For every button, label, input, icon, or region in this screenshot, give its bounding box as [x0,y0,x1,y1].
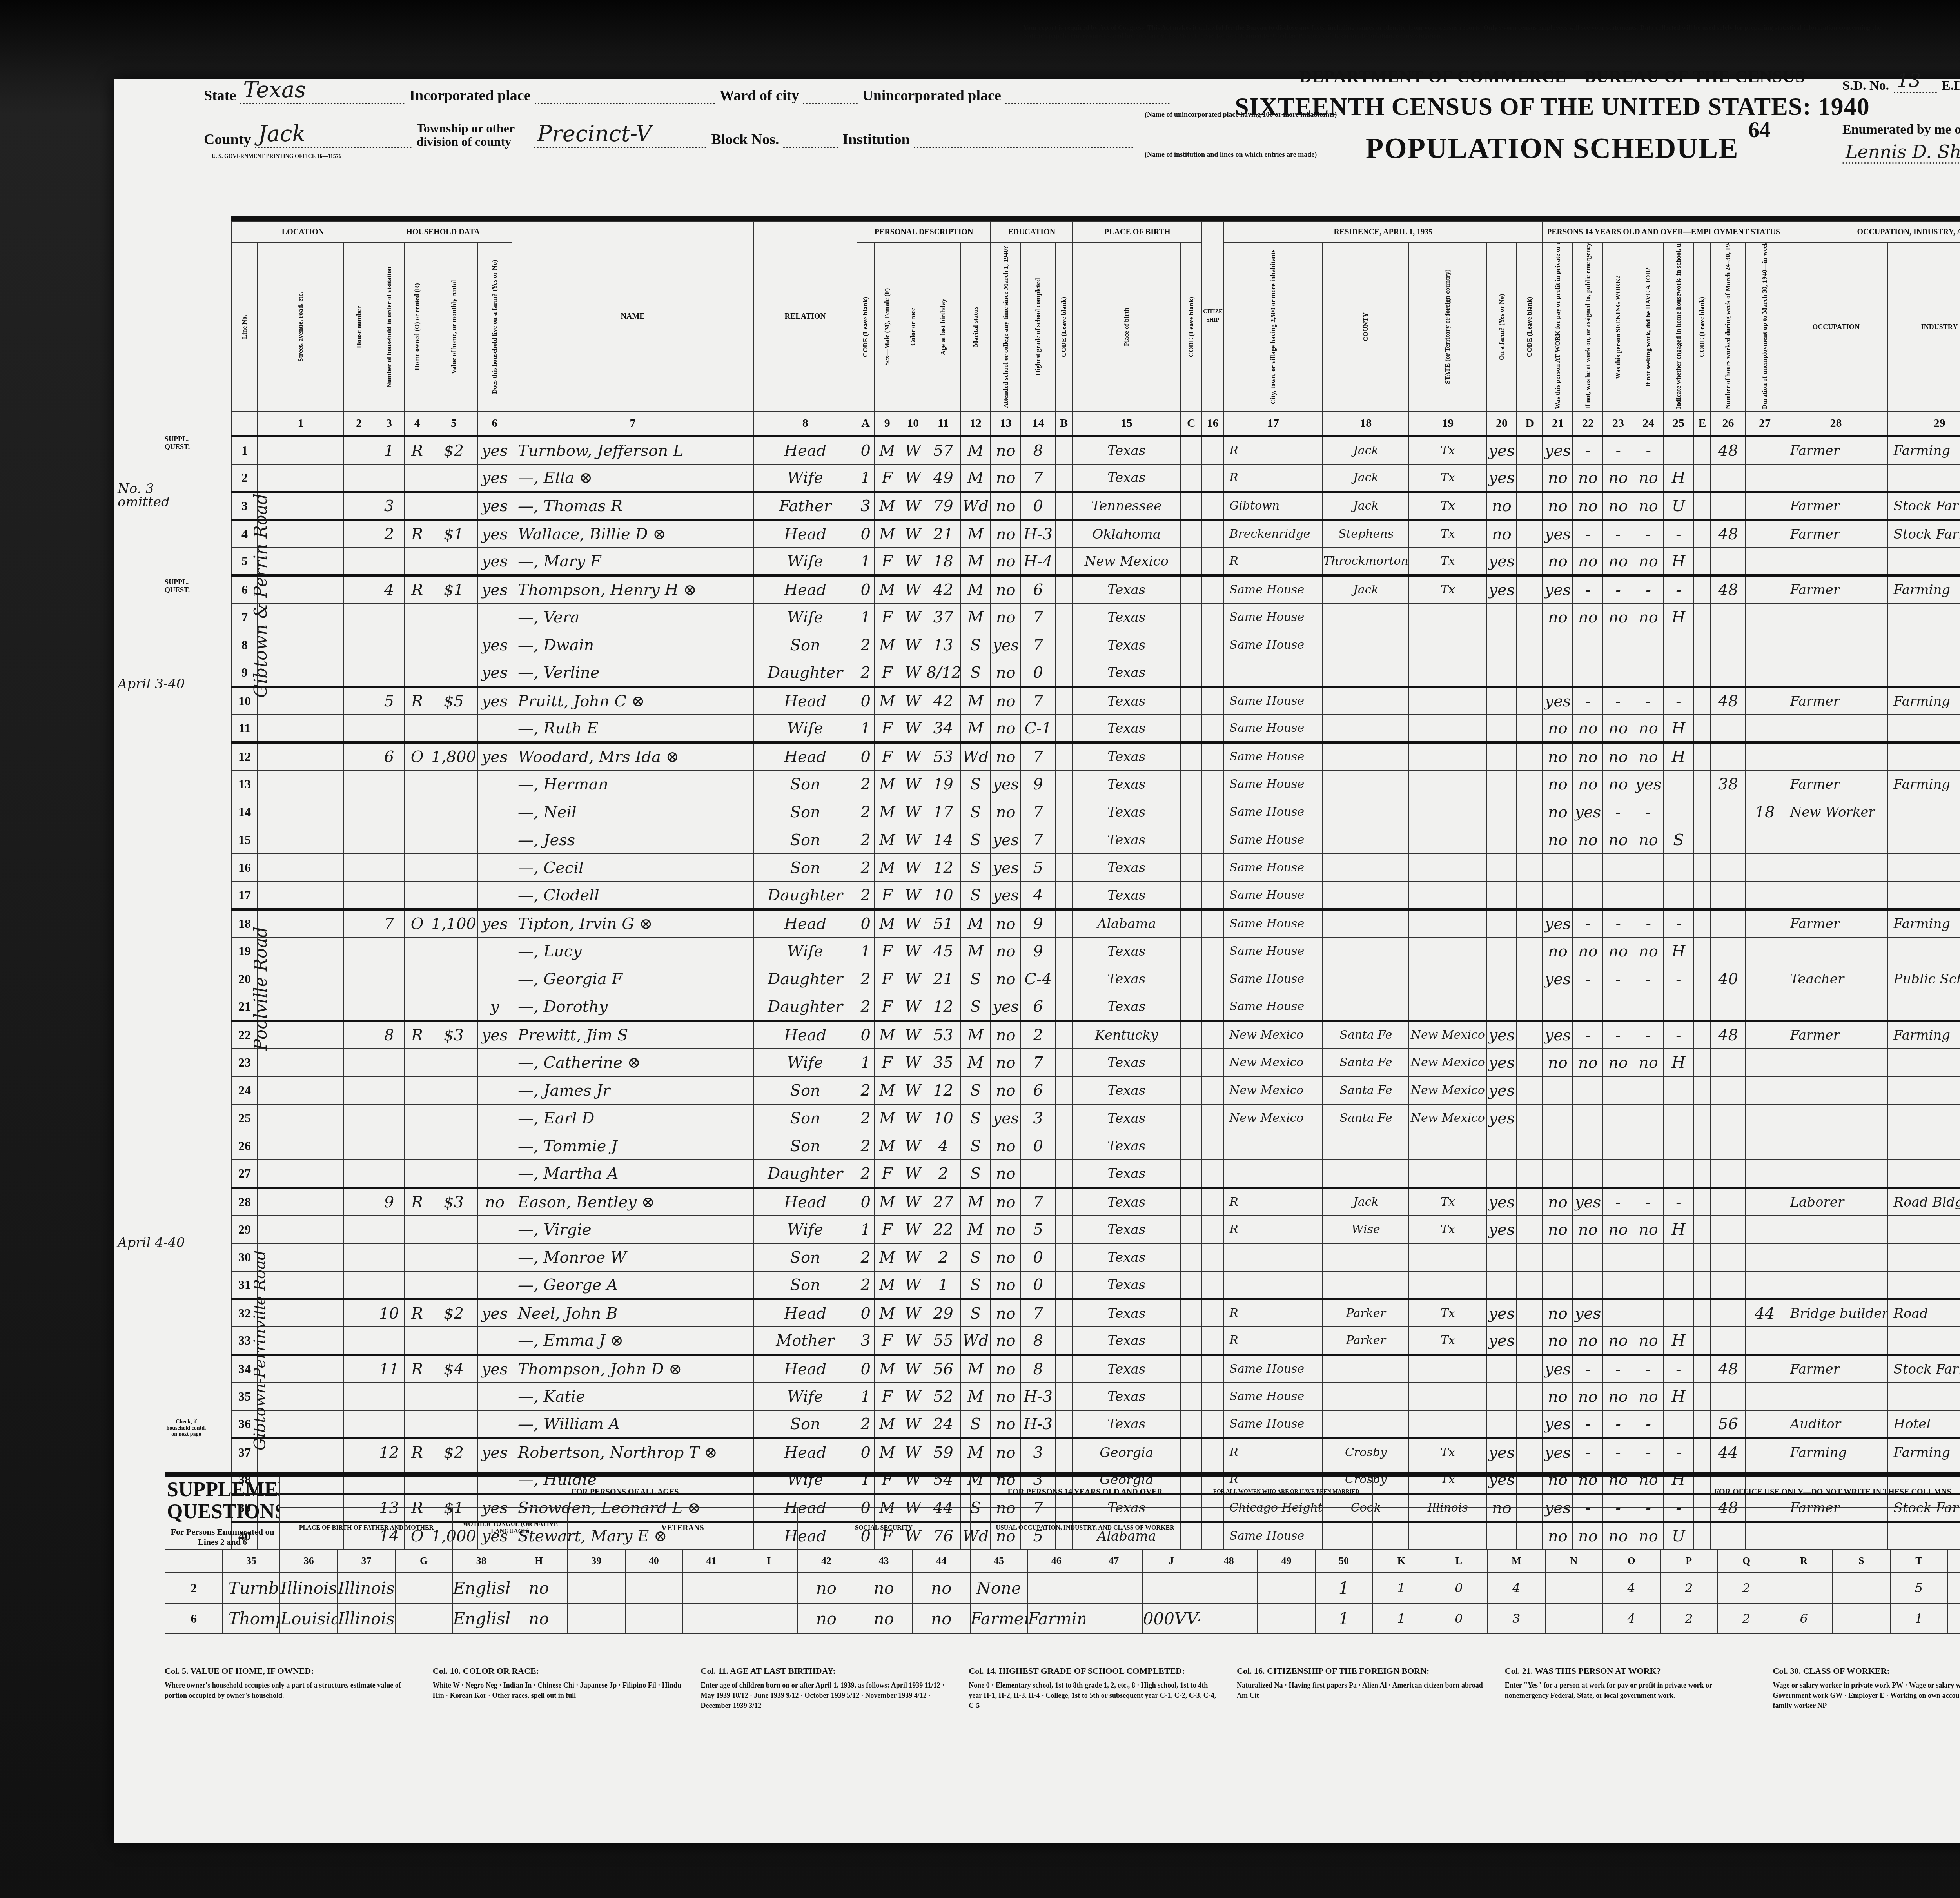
blank-cell [344,742,374,770]
supp-subgroup-row: PLACE OF BIRTH OF FATHER AND MOTHER MOTH… [165,1507,1960,1549]
cell-city: Same House [1223,575,1323,603]
cell-bp: Texas [1073,826,1180,854]
cell-ind: Hotel [1888,1410,1960,1438]
note-text: Wage or salary worker in private work PW… [1773,1680,1960,1711]
cell-mar: S [960,770,991,798]
cell-occ [1784,1383,1887,1410]
cell-own [404,1383,430,1410]
blank-cell [1180,1243,1202,1271]
supp-group-row: SUPPLEMENTARY QUESTIONS For Persons Enum… [165,1477,1960,1507]
group-citizenship: CITIZEN-SHIP [1202,221,1223,411]
cell-w23: no [1603,492,1633,520]
cell-farm: yes [477,464,512,492]
cell-w22: no [1573,492,1603,520]
supp-column-numbers: 353637G38H394041I424344454647J484950KLMN… [165,1549,1960,1573]
cell-city: Same House [1223,993,1323,1021]
cell-ind [1888,1383,1960,1410]
cell-code_a: 0 [857,575,874,603]
cell-bp: Texas [1073,687,1180,715]
blank-cell [1517,1132,1543,1160]
cell-hh: 1 [374,436,404,464]
cell-bp: Texas [1073,798,1180,826]
cell-code_a: 2 [857,1132,874,1160]
table-row: 7—, VeraWife1FW37Mno7TexasSame Housenono… [232,603,1960,631]
supp-cell-mother: Illinois [338,1603,395,1634]
cell-w24 [1633,1299,1663,1327]
cell-hh [374,1049,404,1076]
blank-cell [1180,575,1202,603]
cell-age: 19 [926,770,960,798]
blank-cell [1055,492,1073,520]
column-header: Was this person SEEKING WORK? [1603,243,1633,411]
cell-city: Same House [1223,715,1323,742]
cell-w23 [1603,1160,1633,1188]
cell-state [1409,854,1486,882]
cell-sex: M [874,1188,900,1216]
supp-cell-usual_ind: Farming [1027,1603,1085,1634]
cell-name: Wallace, Billie D ⊗ [512,520,753,548]
cell-onfarm [1486,603,1517,631]
column-number: 13 [991,411,1021,436]
cell-dur: 44 [1745,1299,1784,1327]
blank-cell [344,993,374,1021]
cell-w22 [1573,659,1603,687]
supp-column-number: 38 [452,1549,510,1573]
cell-code_a: 0 [857,1188,874,1216]
cell-bp: Texas [1073,436,1180,464]
cell-line: 27 [232,1160,258,1188]
cell-county: Parker [1323,1299,1409,1327]
cell-farm [477,937,512,965]
supp-column-number: 47 [1085,1549,1143,1573]
cell-val [430,770,477,798]
blank-cell [1517,687,1543,715]
cell-county: Throckmorton [1323,548,1409,575]
cell-occ [1784,464,1887,492]
cell-race: W [900,965,926,993]
cell-hrs [1711,492,1745,520]
cell-w22: - [1573,965,1603,993]
cell-w24: no [1633,1049,1663,1076]
blank-cell [1180,993,1202,1021]
supp-column-number: 45 [970,1549,1028,1573]
cell-mar: S [960,1410,991,1438]
cell-own [404,659,430,687]
cell-name: —, Martha A [512,1160,753,1188]
cell-bp: Alabama [1073,909,1180,937]
institution-field: Institution [843,126,1133,148]
stamp-number: 64 [1748,118,1770,143]
cell-code_a: 2 [857,1160,874,1188]
blank-cell [1180,1049,1202,1076]
blank-cell [1693,1160,1711,1188]
blank-cell [258,1410,344,1438]
note-title: Col. 16. CITIZENSHIP OF THE FOREIGN BORN… [1237,1666,1489,1676]
blank-cell [1055,1355,1073,1383]
cell-grade: 7 [1021,826,1055,854]
cell-line: 11 [232,715,258,742]
supp-column-number: I [740,1549,798,1573]
cell-county [1323,687,1409,715]
cell-state [1409,1132,1486,1160]
cell-w24: no [1633,1383,1663,1410]
column-number: 17 [1223,411,1323,436]
cell-sex: M [874,1104,900,1132]
blank-cell [258,1438,344,1466]
blank-cell [1693,1132,1711,1160]
cell-val [430,1160,477,1188]
cell-bp: Texas [1073,770,1180,798]
cell-own [404,1243,430,1271]
supp-office-cell: 1 [1372,1573,1430,1603]
blank-cell [1202,1438,1223,1466]
supp-office-cell [1775,1573,1833,1603]
blank-cell [1180,1299,1202,1327]
blank-cell [1693,659,1711,687]
blank-cell [1693,993,1711,1021]
table-row: 3712R$2yesRobertson, Northrop T ⊗Head0MW… [232,1438,1960,1466]
cell-w22 [1573,882,1603,909]
supp-column-number: 39 [568,1549,625,1573]
cell-ind [1888,631,1960,659]
cell-age: 24 [926,1410,960,1438]
cell-county [1323,798,1409,826]
supp-cell-c39 [568,1603,625,1634]
cell-w23 [1603,1132,1633,1160]
supp-birth-parents: PLACE OF BIRTH OF FATHER AND MOTHER [280,1507,452,1549]
cell-own [404,1216,430,1243]
cell-w24 [1633,631,1663,659]
block-label: Block Nos. [711,131,779,148]
supp-cell-code_g [395,1573,453,1603]
cell-hh: 2 [374,520,404,548]
cell-w23 [1603,1104,1633,1132]
cell-w23 [1603,854,1633,882]
cell-hrs [1711,1327,1745,1355]
cell-bp: Texas [1073,882,1180,909]
blank-cell [1693,575,1711,603]
cell-ind [1888,993,1960,1021]
cell-hrs: 48 [1711,687,1745,715]
cell-city: Same House [1223,909,1323,937]
margin-note-omitted: No. 3 omitted [118,482,180,509]
blank-cell [1517,1216,1543,1243]
cell-farm [477,1383,512,1410]
block-value [783,126,838,148]
cell-hrs [1711,882,1745,909]
blank-cell [1055,1021,1073,1049]
table-row: 15—, JessSon2MW14Syes7TexasSame Housenon… [232,826,1960,854]
cell-hrs [1711,1383,1745,1410]
cell-grade: 9 [1021,937,1055,965]
cell-w23: no [1603,742,1633,770]
cell-name: Pruitt, John C ⊗ [512,687,753,715]
cell-mar: S [960,1076,991,1104]
cell-code_a: 1 [857,937,874,965]
cell-hh [374,1383,404,1410]
cell-bp: Kentucky [1073,1021,1180,1049]
cell-w24: no [1633,1216,1663,1243]
blank-cell [1693,1049,1711,1076]
cell-sex: F [874,937,900,965]
cell-own: O [404,909,430,937]
cell-rel: Head [753,742,857,770]
cell-w24: - [1633,1021,1663,1049]
cell-bp: Texas [1073,1049,1180,1076]
explanatory-notes: Col. 5. VALUE OF HOME, IF OWNED:Where ow… [165,1666,1960,1823]
blank-cell [1517,575,1543,603]
cell-dur [1745,1243,1784,1271]
cell-w25 [1663,1271,1693,1299]
cell-w24: no [1633,937,1663,965]
cell-age: 13 [926,631,960,659]
cell-code_a: 1 [857,464,874,492]
cell-state: New Mexico [1409,1049,1486,1076]
cell-dur [1745,1410,1784,1438]
table-row: 105R$5yesPruitt, John C ⊗Head0MW42Mno7Te… [232,687,1960,715]
blank-cell [1202,937,1223,965]
cell-county [1323,965,1409,993]
cell-farm [477,1410,512,1438]
cell-age: 22 [926,1216,960,1243]
blank-cell [1180,1104,1202,1132]
cell-w25: H [1663,742,1693,770]
cell-name: —, Monroe W [512,1243,753,1271]
cell-name: —, Catherine ⊗ [512,1049,753,1076]
cell-mar: M [960,687,991,715]
cell-occ [1784,659,1887,687]
cell-occ [1784,742,1887,770]
supp-column-number: U [1947,1549,1960,1573]
blank-cell [1693,520,1711,548]
blank-cell [1180,1188,1202,1216]
cell-onfarm [1486,1355,1517,1383]
cell-occ [1784,715,1887,742]
cell-code_a: 0 [857,436,874,464]
cell-name: Tipton, Irvin G ⊗ [512,909,753,937]
cell-sex: F [874,1383,900,1410]
column-number: 3 [374,411,404,436]
group-household: HOUSEHOLD DATA [374,221,512,243]
cell-age: 59 [926,1438,960,1466]
cell-grade: 9 [1021,909,1055,937]
cell-county: Jack [1323,1188,1409,1216]
cell-grade [1021,1160,1055,1188]
cell-w21: no [1543,1188,1573,1216]
supp-column-number: M [1488,1549,1545,1573]
cell-ind [1888,464,1960,492]
cell-own [404,631,430,659]
column-header: If not seeking work, did he HAVE A JOB? [1633,243,1663,411]
blank-cell [258,1299,344,1327]
blank-cell [344,1299,374,1327]
cell-w25 [1663,993,1693,1021]
blank-cell [344,575,374,603]
unincorporated-place-value [1005,82,1170,104]
supp-cell-c50: 1 [1315,1603,1373,1634]
cell-grade: 0 [1021,1243,1055,1271]
cell-w21: no [1543,715,1573,742]
cell-mar: M [960,520,991,548]
blank-cell [1517,1271,1543,1299]
cell-age: 14 [926,826,960,854]
cell-hh [374,659,404,687]
cell-state [1409,937,1486,965]
cell-city: Same House [1223,1410,1323,1438]
cell-hh [374,1243,404,1271]
street-label-3: Gibtown-Perrinville Road [251,1199,269,1450]
cell-ind [1888,937,1960,965]
table-row: 31—, George ASon2MW1Sno0Texas31 [232,1271,1960,1299]
cell-county [1323,770,1409,798]
cell-state: Tx [1409,436,1486,464]
table-row: 289R$3noEason, Bentley ⊗Head0MW27Mno7Tex… [232,1188,1960,1216]
cell-hrs [1711,854,1745,882]
cell-hrs: 48 [1711,436,1745,464]
note-block: Col. 14. HIGHEST GRADE OF SCHOOL COMPLET… [969,1666,1221,1823]
cell-val [430,603,477,631]
cell-grade: 7 [1021,798,1055,826]
cell-occ [1784,631,1887,659]
blank-cell [344,464,374,492]
cell-hh: 9 [374,1188,404,1216]
cell-code_a: 2 [857,631,874,659]
cell-city: R [1223,436,1323,464]
cell-race: W [900,1021,926,1049]
cell-code_a: 1 [857,603,874,631]
cell-hrs [1711,631,1745,659]
column-number: A [857,411,874,436]
supp-column-number: P [1660,1549,1718,1573]
column-header: On a farm? (Yes or No) [1486,243,1517,411]
cell-hh [374,965,404,993]
cell-sex: M [874,436,900,464]
blank-cell [1180,770,1202,798]
cell-sch: no [991,1327,1021,1355]
note-block: Col. 11. AGE AT LAST BIRTHDAY:Enter age … [701,1666,953,1823]
cell-sex: M [874,492,900,520]
column-number: D [1517,411,1543,436]
blank-cell [1180,965,1202,993]
cell-w21 [1543,993,1573,1021]
cell-own: R [404,436,430,464]
blank-cell [1055,1271,1073,1299]
blank-cell [258,1355,344,1383]
cell-code_a: 2 [857,770,874,798]
cell-farm [477,798,512,826]
cell-w21: no [1543,937,1573,965]
table-row: 5yes—, Mary FWife1FW18MnoH-4New MexicoRT… [232,548,1960,575]
blank-cell [1202,742,1223,770]
cell-farm [477,1243,512,1271]
cell-race: W [900,826,926,854]
blank-cell [1202,1355,1223,1383]
cell-rel: Head [753,1355,857,1383]
blank-cell [1693,1327,1711,1355]
blank-cell [1180,603,1202,631]
cell-dur [1745,603,1784,631]
blank-cell [1693,492,1711,520]
note-title: Col. 14. HIGHEST GRADE OF SCHOOL COMPLET… [969,1666,1221,1676]
cell-mar: M [960,1355,991,1383]
cell-bp: Texas [1073,1327,1180,1355]
note-text: Naturalized Na · Having first papers Pa … [1237,1680,1489,1700]
cell-age: 34 [926,715,960,742]
blank-cell [1693,1216,1711,1243]
cell-w25 [1663,1104,1693,1132]
cell-sch: no [991,492,1021,520]
cell-race: W [900,854,926,882]
cell-own: R [404,687,430,715]
table-row: 30—, Monroe WSon2MW2Sno0Texas30 [232,1243,1960,1271]
blank-cell [1517,854,1543,882]
column-header: Marital status [960,243,991,411]
cell-onfarm: yes [1486,1104,1517,1132]
cell-w22: no [1573,603,1603,631]
cell-code_a: 0 [857,1355,874,1383]
cell-w25 [1663,1076,1693,1104]
population-table: LOCATION HOUSEHOLD DATA NAME RELATION PE… [231,221,1960,1550]
blank-cell [1517,1299,1543,1327]
supp-column-number: O [1602,1549,1660,1573]
cell-w22: no [1573,1383,1603,1410]
cell-occ [1784,1243,1887,1271]
blank-cell [1517,1327,1543,1355]
cell-own [404,965,430,993]
supp-column-number [165,1549,223,1573]
cell-hrs: 38 [1711,770,1745,798]
cell-city: Same House [1223,854,1323,882]
cell-rel: Wife [753,603,857,631]
cell-dur [1745,1104,1784,1132]
cell-mar: S [960,854,991,882]
table-row: 16—, CecilSon2MW12Syes5TexasSame House16 [232,854,1960,882]
column-header: Was this person AT WORK for pay or profi… [1543,243,1573,411]
cell-code_a: 2 [857,965,874,993]
cell-w25: H [1663,1383,1693,1410]
cell-sex: M [874,1076,900,1104]
cell-age: 37 [926,603,960,631]
ward-label: Ward of city [720,87,799,104]
cell-w21 [1543,854,1573,882]
blank-cell [1693,548,1711,575]
supp-row: 2Turnbow, EllaIllinoisIllinoisEnglishnon… [165,1573,1960,1603]
blank-cell [1202,909,1223,937]
cell-farm [477,1049,512,1076]
blank-cell [1517,770,1543,798]
cell-own [404,1327,430,1355]
blank-cell [1055,520,1073,548]
column-number-row: 12345678A91011121314B15C1617181920D21222… [232,411,1960,436]
cell-sch: no [991,1271,1021,1299]
cell-rel: Wife [753,1216,857,1243]
cell-w23: - [1603,1355,1633,1383]
cell-state: Tx [1409,1438,1486,1466]
note-text: Enter "Yes" for a person at work for pay… [1505,1680,1757,1700]
blank-cell [344,436,374,464]
cell-city: Same House [1223,1355,1323,1383]
cell-own [404,1049,430,1076]
cell-county [1323,742,1409,770]
cell-bp: Texas [1073,993,1180,1021]
cell-w24: no [1633,742,1663,770]
blank-cell [1517,882,1543,909]
cell-w24: - [1633,1410,1663,1438]
cell-county: Wise [1323,1216,1409,1243]
cell-w21 [1543,1132,1573,1160]
street-label-2: Poolville Road [251,753,271,1051]
column-number: 18 [1323,411,1409,436]
